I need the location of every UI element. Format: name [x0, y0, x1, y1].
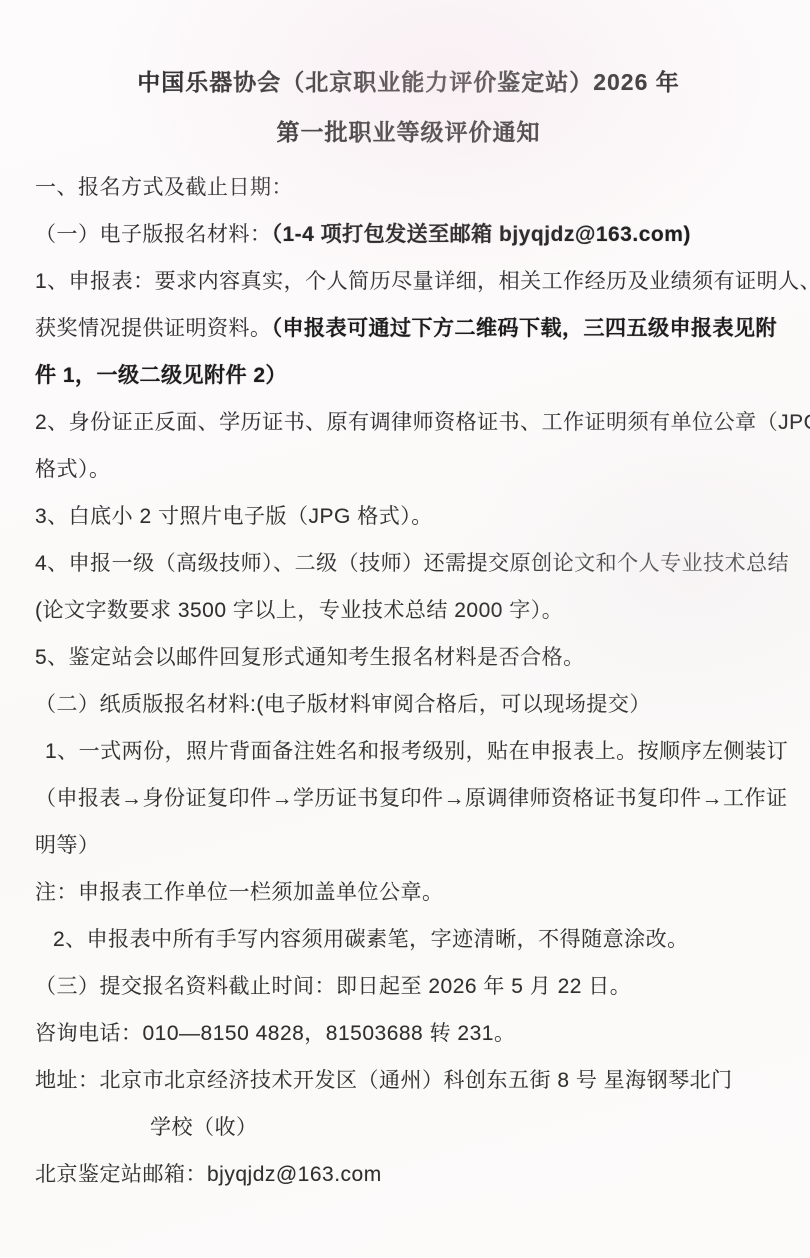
line-section1-heading: 一、报名方式及截止日期：	[35, 164, 782, 211]
text-run: 明等）	[35, 834, 100, 857]
line-item1-part1: 1、申报表：要求内容真实，个人简历尽量详细，相关工作经历及业绩须有证明人、	[35, 258, 782, 305]
line-item1-part2: 获奖情况提供证明资料。（申报表可通过下方二维码下载，三四五级申报表见附	[35, 305, 782, 352]
attachment-note: 件 1，一级二级见附件 2）	[35, 364, 287, 387]
line-item1-part3: 件 1，一级二级见附件 2）	[35, 352, 782, 399]
line-email: 北京鉴定站邮箱：bjyqjdz@163.com	[35, 1151, 782, 1198]
qrcode-download-note: （申报表可通过下方二维码下载，三四五级申报表见附	[272, 317, 778, 340]
line-note: 注：申报表工作单位一栏须加盖单位公章。	[35, 869, 782, 916]
line-address-part1: 地址：北京市北京经济技术开发区（通州）科创东五街 8 号 星海钢琴北门	[35, 1057, 782, 1104]
line-address-part2: 学校（收）	[35, 1104, 782, 1151]
line-sub1-heading: （一）电子版报名材料：（1-4 项打包发送至邮箱 bjyqjdz@163.com…	[35, 211, 782, 258]
address-text: 地址：北京市北京经济技术开发区（通州）科创东五街 8 号 星海钢琴北门	[35, 1069, 733, 1092]
email-address-text: 北京鉴定站邮箱：bjyqjdz@163.com	[35, 1163, 382, 1186]
text-run: 3、白底小 2 寸照片电子版（JPG 格式）。	[35, 505, 433, 528]
line-sub2-heading: （二）纸质版报名材料:(电子版材料审阅合格后，可以现场提交）	[35, 681, 782, 728]
text-run: 4、申报一级（高级技师）、二级（技师）还需提交原创论文和个人专业技术总结	[35, 552, 789, 575]
line-paper-item2: 2、申报表中所有手写内容须用碳素笔，字迹清晰，不得随意涂改。	[35, 916, 782, 963]
text-run: （二）纸质版报名材料:(电子版材料审阅合格后，可以现场提交）	[35, 693, 651, 716]
address-text: 学校（收）	[150, 1116, 258, 1139]
phone-number-text: 咨询电话：010—8150 4828，81503688 转 231。	[35, 1022, 515, 1045]
text-run: 2、身份证正反面、学历证书、原有调律师资格证书、工作证明须有单位公章（JPG	[35, 411, 810, 434]
line-item3: 3、白底小 2 寸照片电子版（JPG 格式）。	[35, 493, 782, 540]
text-run: 5、鉴定站会以邮件回复形式通知考生报名材料是否合格。	[35, 646, 585, 669]
line-paper-item1-part3: 明等）	[35, 822, 782, 869]
line-item4-part1: 4、申报一级（高级技师）、二级（技师）还需提交原创论文和个人专业技术总结	[35, 540, 782, 587]
line-sub3-deadline: （三）提交报名资料截止时间：即日起至 2026 年 5 月 22 日。	[35, 963, 782, 1010]
notice-body: 一、报名方式及截止日期： （一）电子版报名材料：（1-4 项打包发送至邮箱 bj…	[35, 164, 782, 1198]
line-phone: 咨询电话：010—8150 4828，81503688 转 231。	[35, 1010, 782, 1057]
text-run: (论文字数要求 3500 字以上，专业技术总结 2000 字）。	[35, 599, 563, 622]
text-run: 一、报名方式及截止日期：	[35, 176, 293, 199]
text-run: 1、一式两份，照片背面备注姓名和报考级别，贴在申报表上。按顺序左侧装订	[45, 740, 788, 763]
line-item2-part1: 2、身份证正反面、学历证书、原有调律师资格证书、工作证明须有单位公章（JPG	[35, 399, 782, 446]
text-run: 格式）。	[35, 458, 111, 481]
text-run: （三）提交报名资料截止时间：即日起至 2026 年 5 月 22 日。	[35, 975, 631, 998]
text-run: （一）电子版报名材料：	[35, 223, 272, 246]
notice-title-line-2: 第一批职业等级评价通知	[35, 116, 782, 148]
line-paper-item1-part1: 1、一式两份，照片背面备注姓名和报考级别，贴在申报表上。按顺序左侧装订	[35, 728, 782, 775]
line-paper-item1-part2: （申报表→身份证复印件→学历证书复印件→原调律师资格证书复印件→工作证	[35, 775, 782, 822]
line-item4-part2: (论文字数要求 3500 字以上，专业技术总结 2000 字）。	[35, 587, 782, 634]
text-run: 2、申报表中所有手写内容须用碳素笔，字迹清晰，不得随意涂改。	[53, 928, 689, 951]
text-run: （申报表→身份证复印件→学历证书复印件→原调律师资格证书复印件→工作证	[35, 787, 788, 810]
notice-title-line-1: 中国乐器协会（北京职业能力评价鉴定站）2026 年	[35, 66, 782, 98]
text-run: 获奖情况提供证明资料。	[35, 317, 272, 340]
document-page: 中国乐器协会（北京职业能力评价鉴定站）2026 年 第一批职业等级评价通知 一、…	[0, 0, 810, 1258]
line-item2-part2: 格式）。	[35, 446, 782, 493]
email-instruction-text: （1-4 项打包发送至邮箱 bjyqjdz@163.com)	[272, 223, 691, 246]
line-item5: 5、鉴定站会以邮件回复形式通知考生报名材料是否合格。	[35, 634, 782, 681]
text-run: 注：申报表工作单位一栏须加盖单位公章。	[35, 881, 444, 904]
text-run: 1、申报表：要求内容真实，个人简历尽量详细，相关工作经历及业绩须有证明人、	[35, 270, 810, 293]
